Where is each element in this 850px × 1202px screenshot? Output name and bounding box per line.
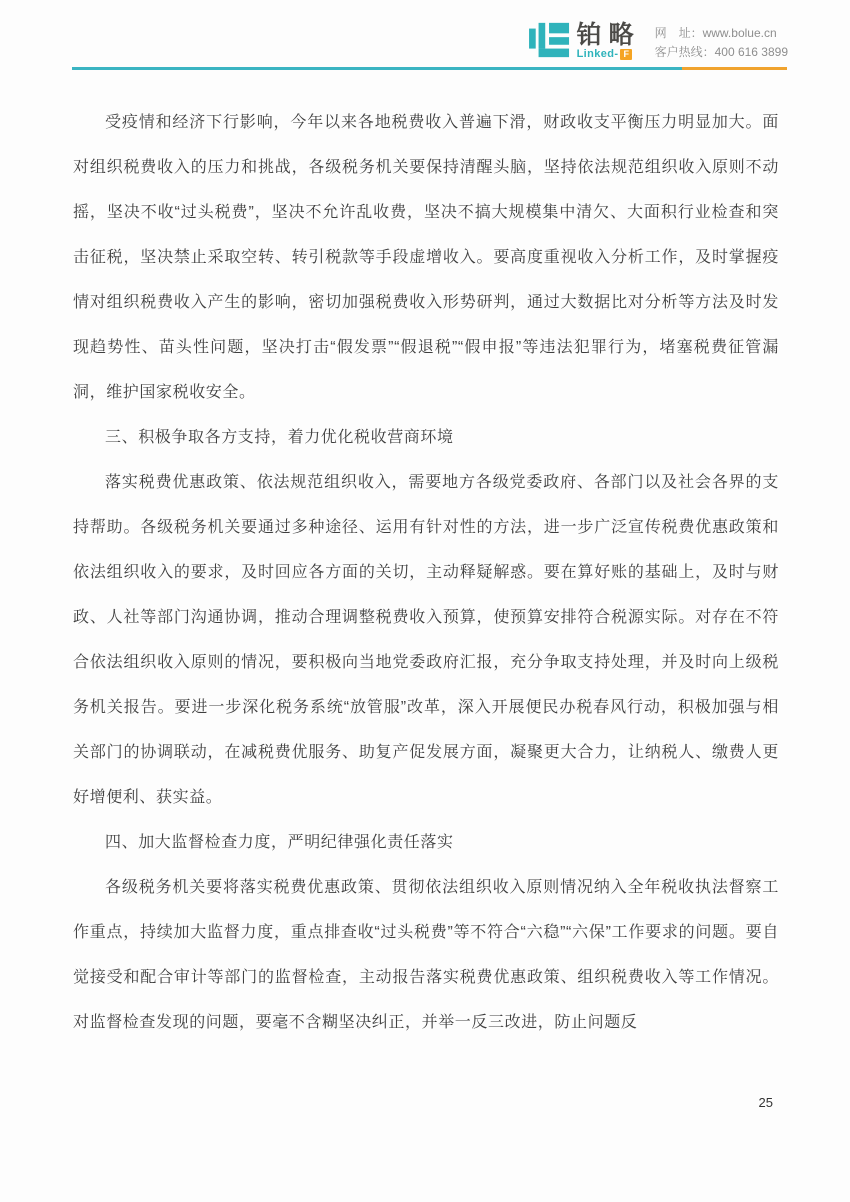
brand-name-english-prefix: Linked- [577,49,619,60]
document-body: 受疫情和经济下行影响，今年以来各地税费收入普遍下滑，财政收支平衡压力明显加大。面… [73,100,779,1045]
paragraph-support-environment: 落实税费优惠政策、依法规范组织收入，需要地方各级党委政府、各部门以及社会各界的支… [73,460,779,820]
page-number: 25 [759,1095,773,1110]
divider-teal-segment [72,67,682,70]
page-header: 铂略 Linked- F 网 址：www.bolue.cn 客户热线：400 6… [529,20,788,62]
website-value: www.bolue.cn [703,26,777,40]
brand-logo: 铂略 Linked- F [529,20,641,60]
brand-badge: F [620,49,632,60]
paragraph-income-pressure: 受疫情和经济下行影响，今年以来各地税费收入普遍下滑，财政收支平衡压力明显加大。面… [73,100,779,415]
website-row: 网 址：www.bolue.cn [655,24,788,43]
contact-info: 网 址：www.bolue.cn 客户热线：400 616 3899 [655,20,788,62]
paragraph-supervision: 各级税务机关要将落实税费优惠政策、贯彻依法组织收入原则情况纳入全年税收执法督察工… [73,865,779,1045]
hotline-row: 客户热线：400 616 3899 [655,43,788,62]
divider-orange-segment [682,67,787,70]
section-heading-three: 三、积极争取各方支持，着力优化税收营商环境 [73,415,779,460]
brand-name-chinese: 铂略 [577,22,641,48]
document-page: 铂略 Linked- F 网 址：www.bolue.cn 客户热线：400 6… [0,0,850,1202]
hotline-label: 客户热线： [655,45,715,59]
header-divider [72,67,787,70]
brand-logo-icon [529,20,571,60]
brand-name-english: Linked- F [577,49,641,60]
website-label: 网 址： [655,26,703,40]
section-heading-four: 四、加大监督检查力度，严明纪律强化责任落实 [73,820,779,865]
hotline-value: 400 616 3899 [715,45,788,59]
brand-text: 铂略 Linked- F [577,20,641,60]
